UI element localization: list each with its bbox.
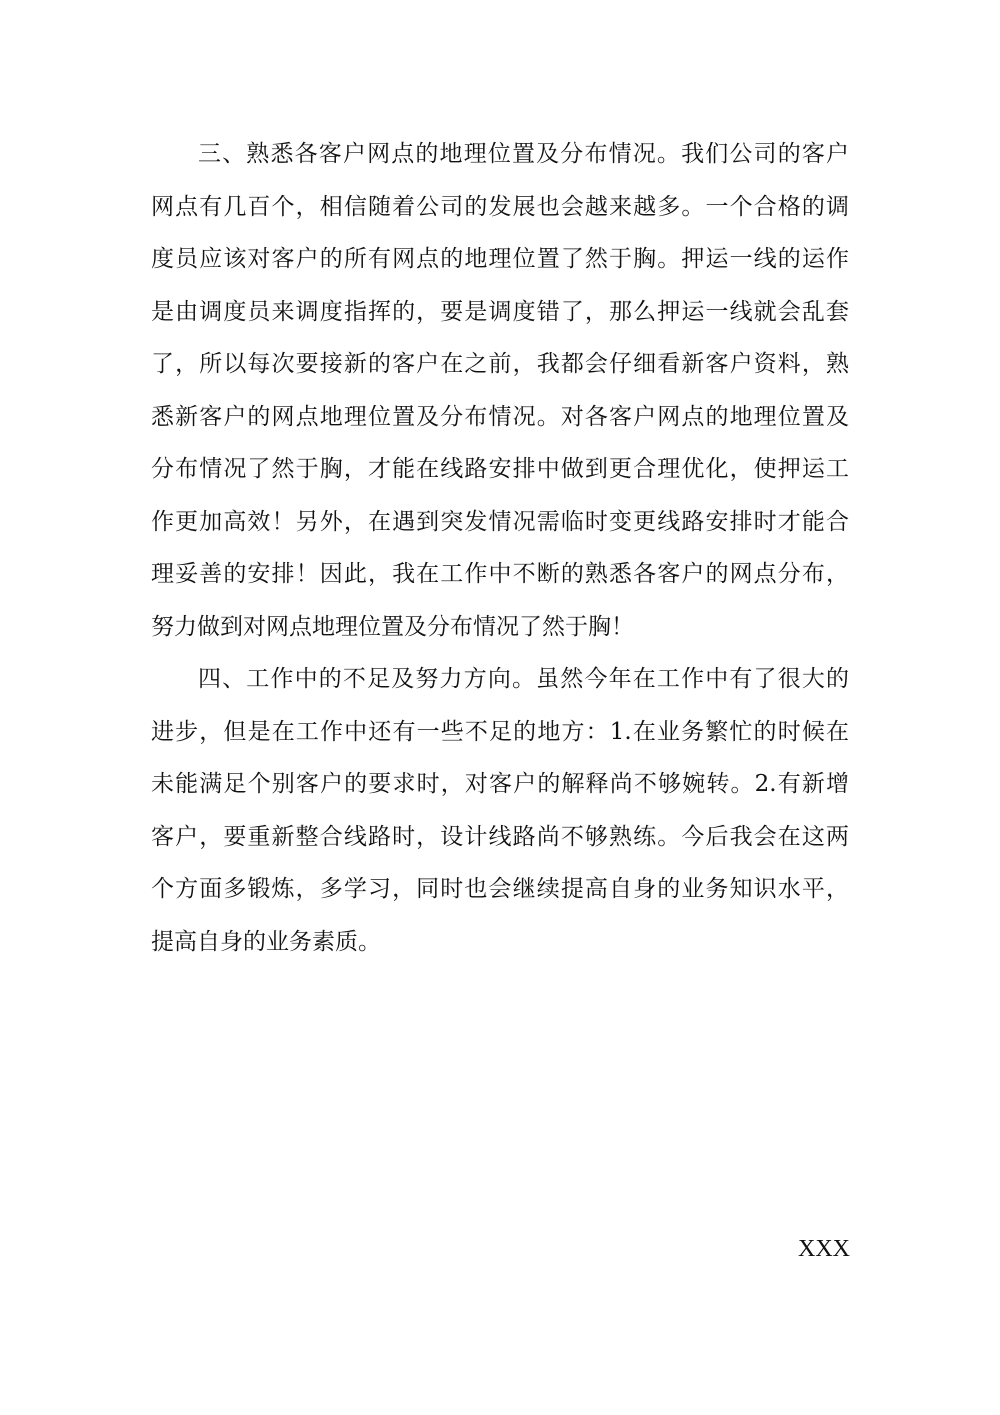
paragraph-3-line-9: 理妥善的安排！因此，我在工作中不断的熟悉各客户的网点分布， xyxy=(151,554,849,594)
paragraph-3-line-8: 作更加高效！另外，在遇到突发情况需临时变更线路安排时才能合 xyxy=(151,502,849,542)
paragraph-3-line-2: 网点有几百个，相信随着公司的发展也会越来越多。一个合格的调 xyxy=(151,187,849,227)
paragraph-3-line-5: 了，所以每次要接新的客户在之前，我都会仔细看新客户资料，熟 xyxy=(151,344,849,384)
paragraph-4-line-1: 四、工作中的不足及努力方向。虽然今年在工作中有了很大的 xyxy=(198,659,849,699)
paragraph-4-line-3: 未能满足个别客户的要求时，对客户的解释尚不够婉转。2.有新增 xyxy=(151,764,849,804)
signature: XXX xyxy=(790,1231,850,1267)
paragraph-3-line-4: 是由调度员来调度指挥的，要是调度错了，那么押运一线就会乱套 xyxy=(151,292,849,332)
paragraph-3-line-7: 分布情况了然于胸，才能在线路安排中做到更合理优化，使押运工 xyxy=(151,449,849,489)
paragraph-4-line-4: 客户，要重新整合线路时，设计线路尚不够熟练。今后我会在这两 xyxy=(151,817,849,857)
document-page: 三、熟悉各客户网点的地理位置及分布情况。我们公司的客户 网点有几百个，相信随着公… xyxy=(0,0,1000,1415)
paragraph-3-line-3: 度员应该对客户的所有网点的地理位置了然于胸。押运一线的运作 xyxy=(151,239,849,279)
paragraph-4-line-2: 进步，但是在工作中还有一些不足的地方：1.在业务繁忙的时候在 xyxy=(151,712,849,752)
paragraph-3-line-6: 悉新客户的网点地理位置及分布情况。对各客户网点的地理位置及 xyxy=(151,397,849,437)
paragraph-4-line-5: 个方面多锻炼，多学习，同时也会继续提高自身的业务知识水平， xyxy=(151,869,849,909)
paragraph-3-line-10: 努力做到对网点地理位置及分布情况了然于胸！ xyxy=(151,607,849,647)
paragraph-3-line-1: 三、熟悉各客户网点的地理位置及分布情况。我们公司的客户 xyxy=(198,134,849,174)
paragraph-4-line-6: 提高自身的业务素质。 xyxy=(151,922,849,962)
